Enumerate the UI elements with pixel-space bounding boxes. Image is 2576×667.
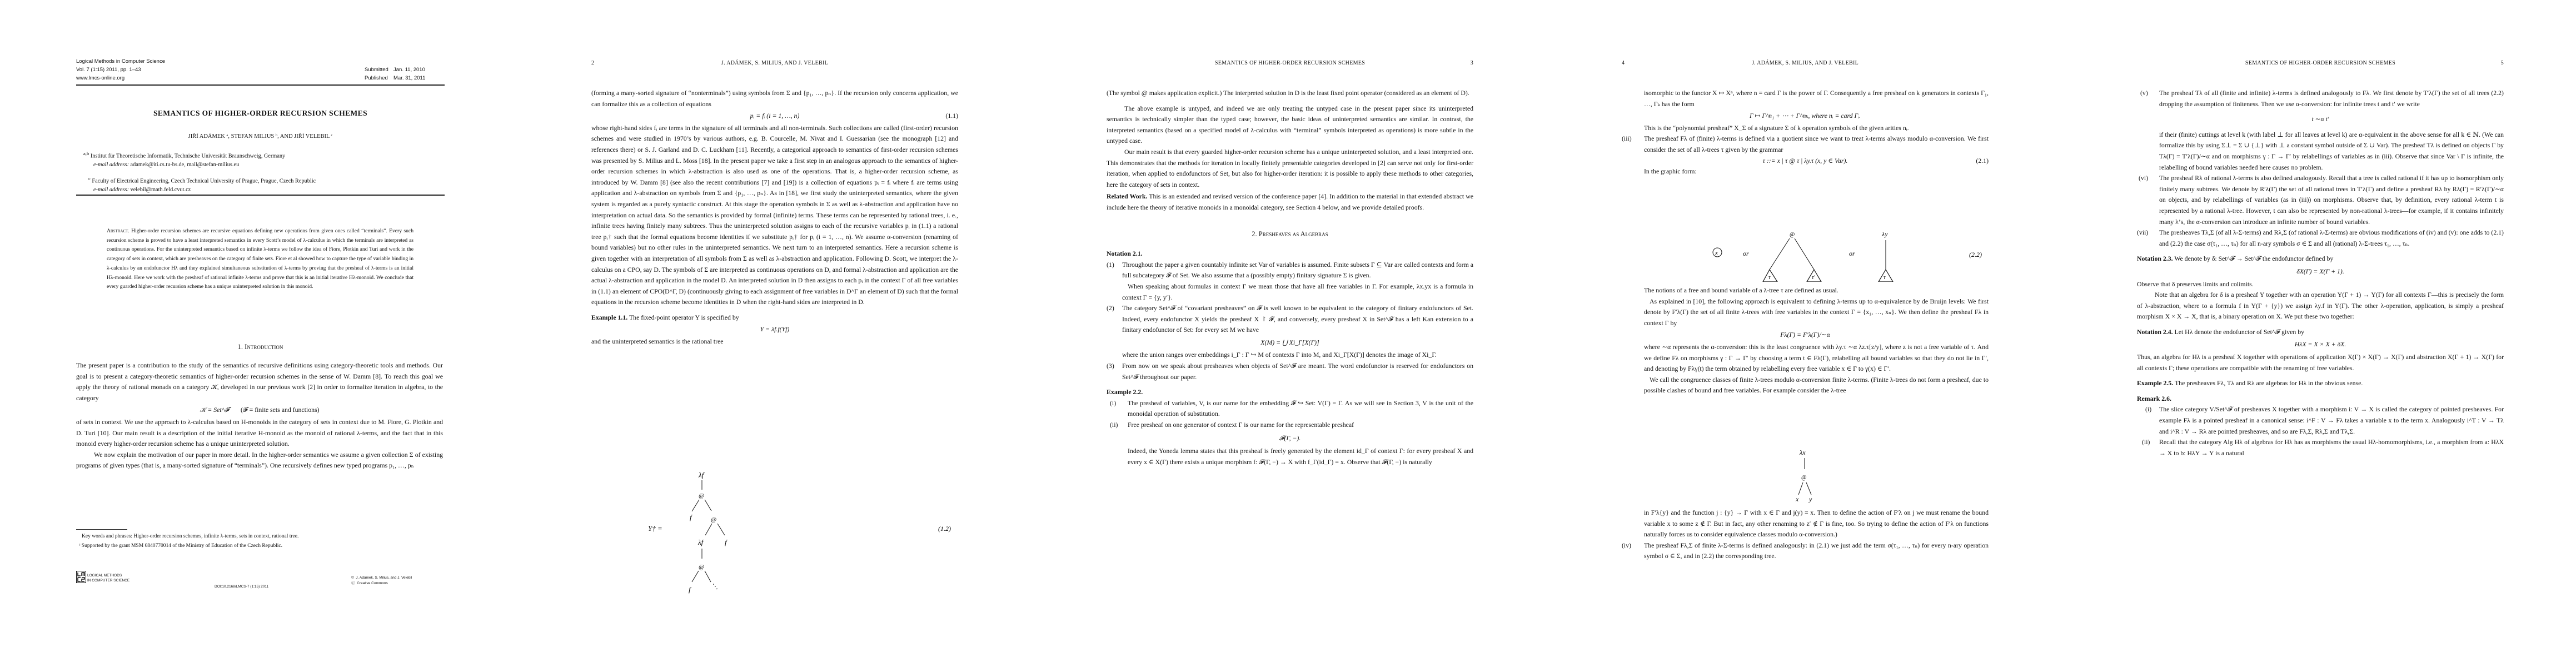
notation-label: Notation 2.1. <box>1107 248 1473 260</box>
paragraph: The above example is untyped, and indeed… <box>1107 103 1473 147</box>
lambda-tree-forms-diagram: x or @ τ τ′ or λy τ (2.2) <box>1622 226 1990 282</box>
list-item: (2)The category Set^𝓕 of “covariant pres… <box>1107 303 1473 336</box>
creative-commons-icon: ⓒ <box>351 581 355 585</box>
header-rule <box>76 84 445 86</box>
paragraph: The present paper is a contribution to t… <box>76 360 443 404</box>
journal-name: Logical Methods in Computer Science <box>76 57 165 66</box>
equation-representable: 𝓕(Γ, −). <box>1107 433 1473 444</box>
lmcs-logo-icon <box>76 571 86 583</box>
svg-text:τ′: τ′ <box>1812 275 1816 281</box>
email-label: e-mail address: <box>93 187 129 193</box>
paragraph: in F′λ{y} and the function j : {y} → Γ w… <box>1622 507 1989 540</box>
abstract-label: Abstract. <box>107 228 129 234</box>
paragraph: isomorphic to the functor X ↦ Xⁿ, where … <box>1622 88 1989 109</box>
running-head-title: J. ADÁMEK, S. MILIUS, AND J. VELEBIL <box>591 60 958 66</box>
journal-volume: Vol. 7 (1:15) 2011, pp. 1–43 <box>76 66 165 74</box>
affiliation-ab: a,b Institut für Theoretische Informatik… <box>83 149 434 170</box>
related-work-label: Related Work. <box>1107 192 1147 200</box>
paragraph: where ∼α represents the α-conversion: th… <box>1622 342 1989 375</box>
affiliation-mark: c <box>88 176 91 181</box>
svg-text:λy: λy <box>1881 230 1888 238</box>
svg-text:λx: λx <box>1799 449 1806 456</box>
svg-text:y: y <box>1808 495 1812 503</box>
paragraph: This is the “polynomial presheaf” X_Σ of… <box>1622 123 1989 134</box>
list-item: (1)Throughout the paper a given countabl… <box>1107 260 1473 281</box>
copyright-icon: © <box>351 576 354 580</box>
svg-text:f: f <box>689 585 692 594</box>
example-text: The fixed-point operator Y is specified … <box>629 313 739 321</box>
list-item: where the union ranges over embeddings i… <box>1107 350 1473 361</box>
logo-text-1: LOGICAL METHODS <box>87 574 129 579</box>
affiliation-text: Institut für Theoretische Informatik, Te… <box>91 153 285 159</box>
paragraph: Observe that δ preserves limits and coli… <box>2137 279 2504 290</box>
svg-text:x: x <box>1795 495 1799 503</box>
page-3-body: (The symbol @ makes application explicit… <box>1107 88 1473 467</box>
equation-k: 𝒦 = Set^𝓕 (𝓕 = finite sets and functions… <box>76 405 443 416</box>
svg-text:λf: λf <box>698 471 705 479</box>
equation-F-lambda: Fλ(Γ) = F′λ(Γ)/∼α <box>1622 330 1989 341</box>
rational-tree-diagram: Y† = (1.2) λf @ f @ λf f @ f ⋱ <box>591 471 960 604</box>
paragraph: The notions of a free and bound variable… <box>1622 285 1989 296</box>
page-1: Logical Methods in Computer Science Vol.… <box>0 0 515 667</box>
notation-label: Notation 2.4. <box>2137 328 2173 336</box>
page-4-body-3: in F′λ{y} and the function j : {y} → Γ w… <box>1622 507 1989 562</box>
example-lambda-tree-diagram: λx @ x y <box>1622 446 1990 504</box>
running-head-title: SEMANTICS OF HIGHER-ORDER RECURSION SCHE… <box>1107 60 1473 66</box>
list-item: (ii)Free presheaf on one generator of co… <box>1107 420 1473 431</box>
svg-text:@: @ <box>711 516 716 523</box>
logo-text-2: IN COMPUTER SCIENCE <box>87 579 129 584</box>
published-label: Published <box>365 74 393 82</box>
svg-text:@: @ <box>1790 232 1795 238</box>
equation-grammar: τ ::= x | τ @ τ | λy.τ (x, y ∈ Var). (2.… <box>1622 156 1989 167</box>
page-number: 5 <box>2501 60 2504 66</box>
example-label: Example 2.5. <box>2137 379 2173 387</box>
affiliation-mark: a,b <box>83 151 89 156</box>
abstract-text: Higher-order recursion schemes are recur… <box>107 228 413 290</box>
svg-text:@: @ <box>1801 475 1806 481</box>
submitted-label: Submitted <box>365 66 393 74</box>
notation-label: Notation 2.3. <box>2137 255 2173 262</box>
related-work-text: This is an extended and revised version … <box>1107 192 1473 211</box>
affiliation-text: Faculty of Electrical Engineering, Czech… <box>92 178 316 184</box>
running-head-title: J. ADÁMEK, S. MILIUS, AND J. VELEBIL <box>1622 60 1989 66</box>
equation-polynomial: Γ ↦ Γ^n₁ + ⋯ + Γ^nₖ, where nᵢ = card Γᵢ. <box>1622 111 1989 122</box>
paragraph: We now explain the motivation of our pap… <box>76 450 443 471</box>
equation-delta: δX(Γ) = X(Γ + 1). <box>2137 266 2504 277</box>
list-item: (i)The slice category V/Set^𝓕 of preshea… <box>2137 404 2504 437</box>
copyright-holders: J. Adámek, S. Milius, and J. Velebil <box>356 576 412 580</box>
list-item: (iii)The presheaf Fλ of (finite) λ-terms… <box>1622 133 1989 155</box>
affiliation-c: c Faculty of Electrical Engineering, Cze… <box>88 174 439 195</box>
svg-text:@: @ <box>699 492 704 499</box>
paragraph: Thus, an algebra for Hλ is a presheaf X … <box>2137 352 2504 374</box>
paragraph: (forming a many-sorted signature of “non… <box>591 88 958 109</box>
equation-alpha: t ∼α t′ <box>2137 114 2504 125</box>
svg-text:x: x <box>1715 250 1718 256</box>
svg-text:@: @ <box>699 564 704 570</box>
equation-union: X(M) = ⋃ Xi_Γ[X(Γ)] <box>1107 337 1473 349</box>
intro-text: The present paper is a contribution to t… <box>76 360 443 471</box>
paragraph: whose right-hand sides fᵢ are terms in t… <box>591 123 958 308</box>
page-4: 4 J. ADÁMEK, S. MILIUS, AND J. VELEBIL i… <box>1546 0 2061 667</box>
svg-text:or: or <box>1849 250 1855 257</box>
footnote-grant: ᶜ Supported by the grant MSM 6840770014 … <box>76 541 445 551</box>
page-5: SEMANTICS OF HIGHER-ORDER RECURSION SCHE… <box>2061 0 2576 667</box>
paragraph: (The symbol @ makes application explicit… <box>1107 88 1473 99</box>
tree-lhs: Y† = <box>648 524 662 532</box>
doi[interactable]: DOI:10.2168/LMCS-7 (1:15) 2011 <box>215 585 268 589</box>
running-head-title: SEMANTICS OF HIGHER-ORDER RECURSION SCHE… <box>2137 60 2504 66</box>
page-4-body-2: The notions of a free and bound variable… <box>1622 285 1989 396</box>
list-item: (vi)The presheaf Rλ of rational λ-terms … <box>2137 173 2504 227</box>
paper-authors: JIŘÍ ADÁMEK ᵃ, STEFAN MILIUS ᵇ, AND JIŘÍ… <box>76 133 445 140</box>
footnote-keywords: Key words and phrases: Higher-order recu… <box>76 532 445 541</box>
email-address[interactable]: velebil@math.feld.cvut.cz <box>131 187 191 193</box>
submitted-date: Jan. 11, 2010 <box>393 67 425 73</box>
list-item: (iv)The presheaf Fλ,Σ of finite λ-Σ-term… <box>1622 540 1989 562</box>
email-address[interactable]: adamek@iti.cs.tu-bs.de, mail@stefan-mili… <box>131 162 240 168</box>
journal-url[interactable]: www.lmcs-online.org <box>76 74 165 82</box>
equation-H-lambda: HλX = X × X + δX. <box>2137 339 2504 350</box>
paragraph: Indeed, the Yoneda lemma states that thi… <box>1107 446 1473 467</box>
section-heading: 2. Presheaves as Algebras <box>1107 229 1473 240</box>
equation-1-1: pᵢ = fᵢ (i = 1, …, n) (1.1) <box>591 111 958 122</box>
paragraph: As explained in [10], the following appr… <box>1622 296 1989 329</box>
submission-dates: SubmittedJan. 11, 2010 PublishedMar. 31,… <box>365 66 425 82</box>
paragraph: Note that an algebra for δ is a presheaf… <box>2137 290 2504 322</box>
paragraph: Our main result is that every guarded hi… <box>1107 147 1473 190</box>
section-heading: 1. Introduction <box>76 343 445 351</box>
journal-info: Logical Methods in Computer Science Vol.… <box>76 57 165 82</box>
svg-text:f: f <box>690 513 693 521</box>
equation-y: Y = λf.f(Yf) <box>591 324 958 335</box>
example-label: Example 2.2. <box>1107 387 1473 398</box>
footnote-rule <box>76 529 127 530</box>
paragraph: if their (finite) cuttings at level k (w… <box>2137 130 2504 173</box>
paragraph: of sets in context. We use the approach … <box>76 417 443 450</box>
list-item: (i)The presheaf of variables, V, is our … <box>1107 398 1473 420</box>
affiliation-rule <box>76 195 445 196</box>
published-date: Mar. 31, 2011 <box>393 75 425 81</box>
svg-text:λf: λf <box>697 538 705 546</box>
svg-text:f: f <box>725 538 728 546</box>
page-5-body: (v)The presheaf Tλ of all (finite and in… <box>2137 88 2504 459</box>
page-number: 3 <box>1471 60 1473 66</box>
list-item: (v)The presheaf Tλ of all (finite and in… <box>2137 88 2504 109</box>
paragraph: In the graphic form: <box>1622 166 1989 177</box>
equation-number: (1.2) <box>938 525 951 532</box>
paper-title: SEMANTICS OF HIGHER-ORDER RECURSION SCHE… <box>76 109 445 118</box>
remark-label: Remark 2.6. <box>2137 394 2504 405</box>
page-2: 2 J. ADÁMEK, S. MILIUS, AND J. VELEBIL (… <box>515 0 1030 667</box>
page-2-body: (forming a many-sorted signature of “non… <box>591 88 958 347</box>
example-label: Example 1.1. <box>591 313 627 321</box>
license[interactable]: Creative Commons <box>357 581 388 585</box>
list-item: When speaking about formulas in context … <box>1107 281 1473 303</box>
svg-text:τ: τ <box>1884 275 1886 281</box>
list-item: (3)From now on we speak about presheaves… <box>1107 361 1473 382</box>
footnotes: Key words and phrases: Higher-order recu… <box>76 532 445 550</box>
svg-text:τ: τ <box>1768 275 1771 281</box>
svg-text:or: or <box>1743 250 1749 257</box>
paragraph: and the uninterpreted semantics is the r… <box>591 336 958 347</box>
abstract: Abstract. Higher-order recursion schemes… <box>107 227 413 292</box>
list-item: (vii)The presheaves Tλ,Σ (of all λ-Σ-ter… <box>2137 227 2504 249</box>
paragraph: We call the congruence classes of finite… <box>1622 375 1989 396</box>
list-item: (ii)Recall that the category Alg Hλ of a… <box>2137 437 2504 459</box>
copyright-block: © J. Adámek, S. Milius, and J. Velebil ⓒ… <box>351 575 412 586</box>
page-4-body: isomorphic to the functor X ↦ Xⁿ, where … <box>1622 88 1989 177</box>
page-3: SEMANTICS OF HIGHER-ORDER RECURSION SCHE… <box>1030 0 1546 667</box>
lmcs-logo: LOGICAL METHODS IN COMPUTER SCIENCE <box>76 571 86 586</box>
svg-text:(2.2): (2.2) <box>1969 251 1982 258</box>
svg-text:⋱: ⋱ <box>711 583 718 590</box>
email-label: e-mail address: <box>93 162 129 168</box>
